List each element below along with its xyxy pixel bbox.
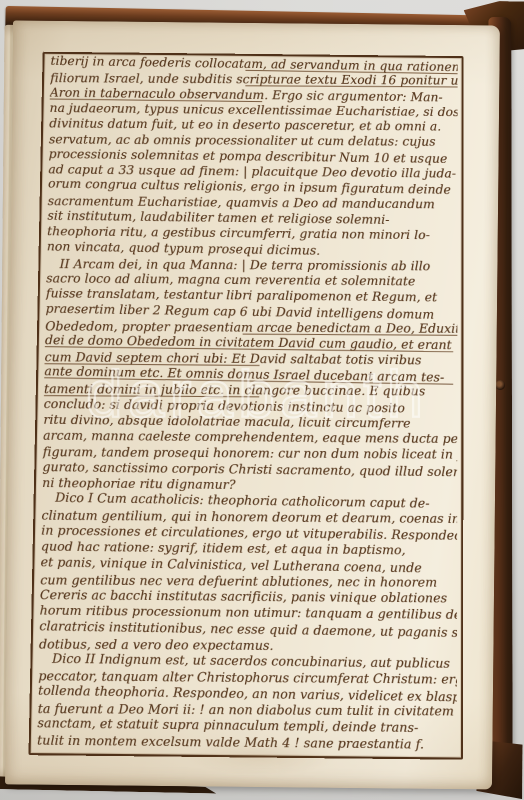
- auction-photo: tiberij in arca foederis collocatam, ad …: [0, 0, 524, 800]
- leather-knot: [495, 380, 505, 390]
- book: tiberij in arca foederis collocatam, ad …: [0, 0, 524, 800]
- page-stain: [185, 740, 335, 776]
- hand-ruled-frame: tiberij in arca foederis collocatam, ad …: [29, 52, 464, 760]
- manuscript-text: tiberij in arca foederis collocatam, ad …: [31, 54, 462, 758]
- manuscript-page: tiberij in arca foederis collocatam, ad …: [5, 20, 500, 789]
